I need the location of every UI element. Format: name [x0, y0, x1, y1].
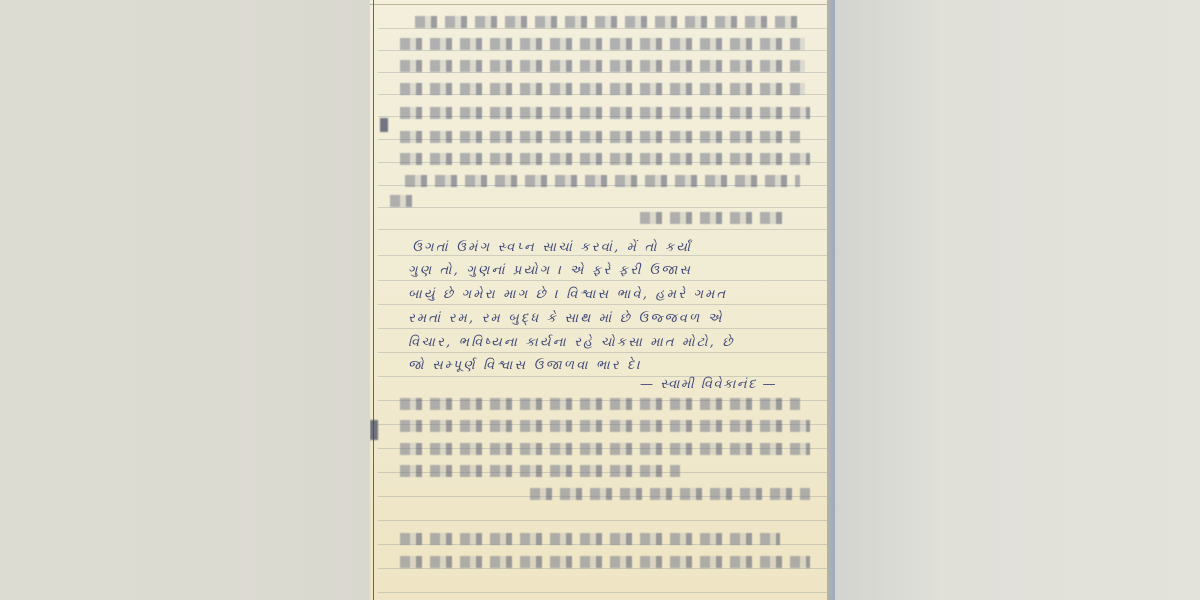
ruled-line [378, 207, 827, 208]
ruled-line [378, 280, 827, 281]
background-left [0, 0, 370, 600]
redacted-text-line [390, 195, 415, 207]
margin-ink-mark [380, 118, 388, 132]
ruled-line [378, 255, 827, 256]
handwritten-line: ગુણ તો, ગુણનાં પ્રયોગ । એ ફરે ફરી ઉજાસ [408, 263, 692, 278]
ruled-line [378, 72, 827, 73]
redacted-text-line [400, 107, 810, 119]
redacted-text-line [405, 175, 800, 187]
redacted-text-line [400, 556, 810, 568]
redacted-text-line [400, 533, 780, 545]
page-edge-shadow [827, 0, 835, 600]
ruled-line [378, 592, 827, 593]
ruled-line [378, 352, 827, 353]
redacted-text-line [400, 60, 805, 72]
redacted-signature [640, 212, 790, 224]
page-top-edge [370, 0, 827, 5]
handwritten-line: ઉગતાં ઉમંગ સ્વપ્ન સાચાં કરવાં, મેં તો કર… [412, 240, 692, 255]
handwritten-signature: — સ્વામી વિવેકાનંદ — [640, 377, 777, 392]
redacted-text-line [400, 465, 680, 477]
ruled-line [378, 520, 827, 521]
handwritten-line: વિચાર, ભવિષ્યના કાર્યના રહે ચોકસા માત મો… [408, 335, 735, 350]
redacted-text-line [400, 131, 800, 143]
handwritten-line: બાયું છે ગમેરા માગ છે । વિશ્વાસ ભાવે, હમ… [408, 287, 727, 302]
handwritten-line: જો સમ્પૂર્ણ વિશ્વાસ ઉજાળવા ભાર દે। [408, 358, 642, 373]
redacted-text-line [400, 398, 800, 410]
ruled-line [378, 568, 827, 569]
background-right [835, 0, 1200, 600]
ruled-line [378, 28, 827, 29]
margin-ink-mark [370, 420, 378, 440]
margin-line [373, 0, 374, 600]
redacted-text-line [400, 420, 810, 432]
redacted-text-line [415, 16, 805, 28]
notebook-page: ઉગતાં ઉમંગ સ્વપ્ન સાચાં કરવાં, મેં તો કર… [370, 0, 827, 600]
ruled-line [378, 229, 827, 230]
ruled-line [378, 304, 827, 305]
redacted-text-line [400, 153, 810, 165]
handwritten-line: રમતાં રમ, રમ બુદ્ધ કે સાથ માં છે ઉજ્જવળ … [408, 311, 724, 326]
ruled-line [378, 328, 827, 329]
redacted-text-line [530, 488, 810, 500]
redacted-text-line [400, 443, 810, 455]
redacted-text-line [400, 38, 805, 50]
redacted-text-line [400, 83, 805, 95]
ruled-line [378, 50, 827, 51]
